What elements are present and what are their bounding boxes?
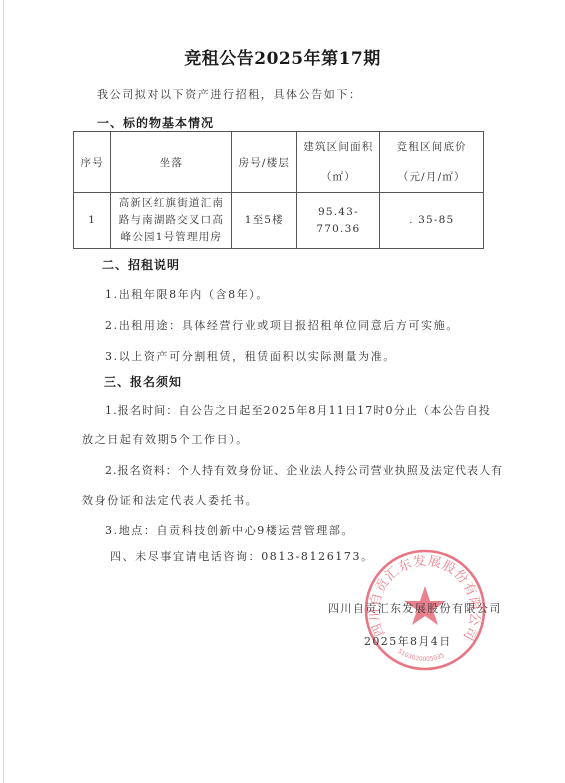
header-price-line2: （元/月/㎡） — [380, 162, 483, 192]
cell-area: 95.43-770.36 — [297, 193, 380, 249]
cell-location-line3: 峰公园1号管理用房 — [111, 229, 231, 246]
svg-text:5103020005035: 5103020005035 — [396, 648, 445, 663]
header-room-floor: 房号/楼层 — [232, 132, 297, 193]
intro-text: 我公司拟对以下资产进行招租，具体公告如下： — [97, 86, 362, 102]
signature-date: 2025年8月4日 — [364, 633, 452, 649]
header-area-line2: （㎡） — [297, 162, 379, 192]
header-seq: 序号 — [74, 132, 111, 193]
asset-table: 序号 坐落 房号/楼层 建筑区间面积 （㎡） 竞租区间底价 （元/月/㎡） 1 … — [73, 131, 484, 249]
header-price-line1: 竞租区间底价 — [380, 132, 483, 162]
page-edge-line — [3, 0, 4, 783]
section1-heading: 一、标的物基本情况 — [97, 114, 214, 131]
signature-company: 四川自贡汇东发展股份有限公司 — [328, 600, 502, 616]
section3-item2-line1: 2.报名资料：个人持有效身份证、企业法人持公司营业执照及法定代表人有 — [105, 462, 503, 478]
section2-item-2: 2.出租用途：具体经营行业或项目报招租单位同意后方可实施。 — [105, 317, 459, 333]
header-area-line1: 建筑区间面积 — [297, 132, 379, 162]
section2-heading: 二、招租说明 — [102, 256, 180, 273]
document-title: 竞租公告2025年第17期 — [0, 44, 565, 69]
cell-price: . 35-85 — [380, 193, 484, 249]
section3-item1-line2: 放之日起有效期5个工作日）。 — [82, 431, 249, 447]
cell-room-floor: 1至5楼 — [232, 193, 297, 249]
table-row: 1 高新区红旗街道汇南 路与南湖路交叉口高 峰公园1号管理用房 1至5楼 95.… — [74, 193, 484, 249]
section4-contact: 四、未尽事宜请电话咨询：0813-8126173。 — [110, 548, 374, 564]
section3-item3: 3.地点：自贡科技创新中心9楼运营管理部。 — [105, 522, 354, 538]
section3-item1-line1: 1.报名时间：自公告之日起至2025年8月11日17时0分止（本公告自投 — [105, 402, 491, 418]
section2-item-3: 3.以上资产可分割租赁，租赁面积以实际测量为准。 — [105, 348, 396, 364]
cell-location-line1: 高新区红旗街道汇南 — [111, 195, 231, 212]
section3-heading: 三、报名须知 — [104, 373, 182, 390]
header-area: 建筑区间面积 （㎡） — [297, 132, 380, 193]
cell-location: 高新区红旗街道汇南 路与南湖路交叉口高 峰公园1号管理用房 — [111, 193, 232, 249]
table-header-row: 序号 坐落 房号/楼层 建筑区间面积 （㎡） 竞租区间底价 （元/月/㎡） — [74, 132, 484, 193]
cell-location-line2: 路与南湖路交叉口高 — [111, 212, 231, 229]
header-price: 竞租区间底价 （元/月/㎡） — [380, 132, 484, 193]
section2-item-1: 1.出租年限8年内（含8年）。 — [105, 286, 269, 302]
header-location: 坐落 — [111, 132, 232, 193]
section3-item2-line2: 效身份证和法定代表人委托书。 — [82, 492, 258, 508]
cell-seq: 1 — [74, 193, 111, 249]
